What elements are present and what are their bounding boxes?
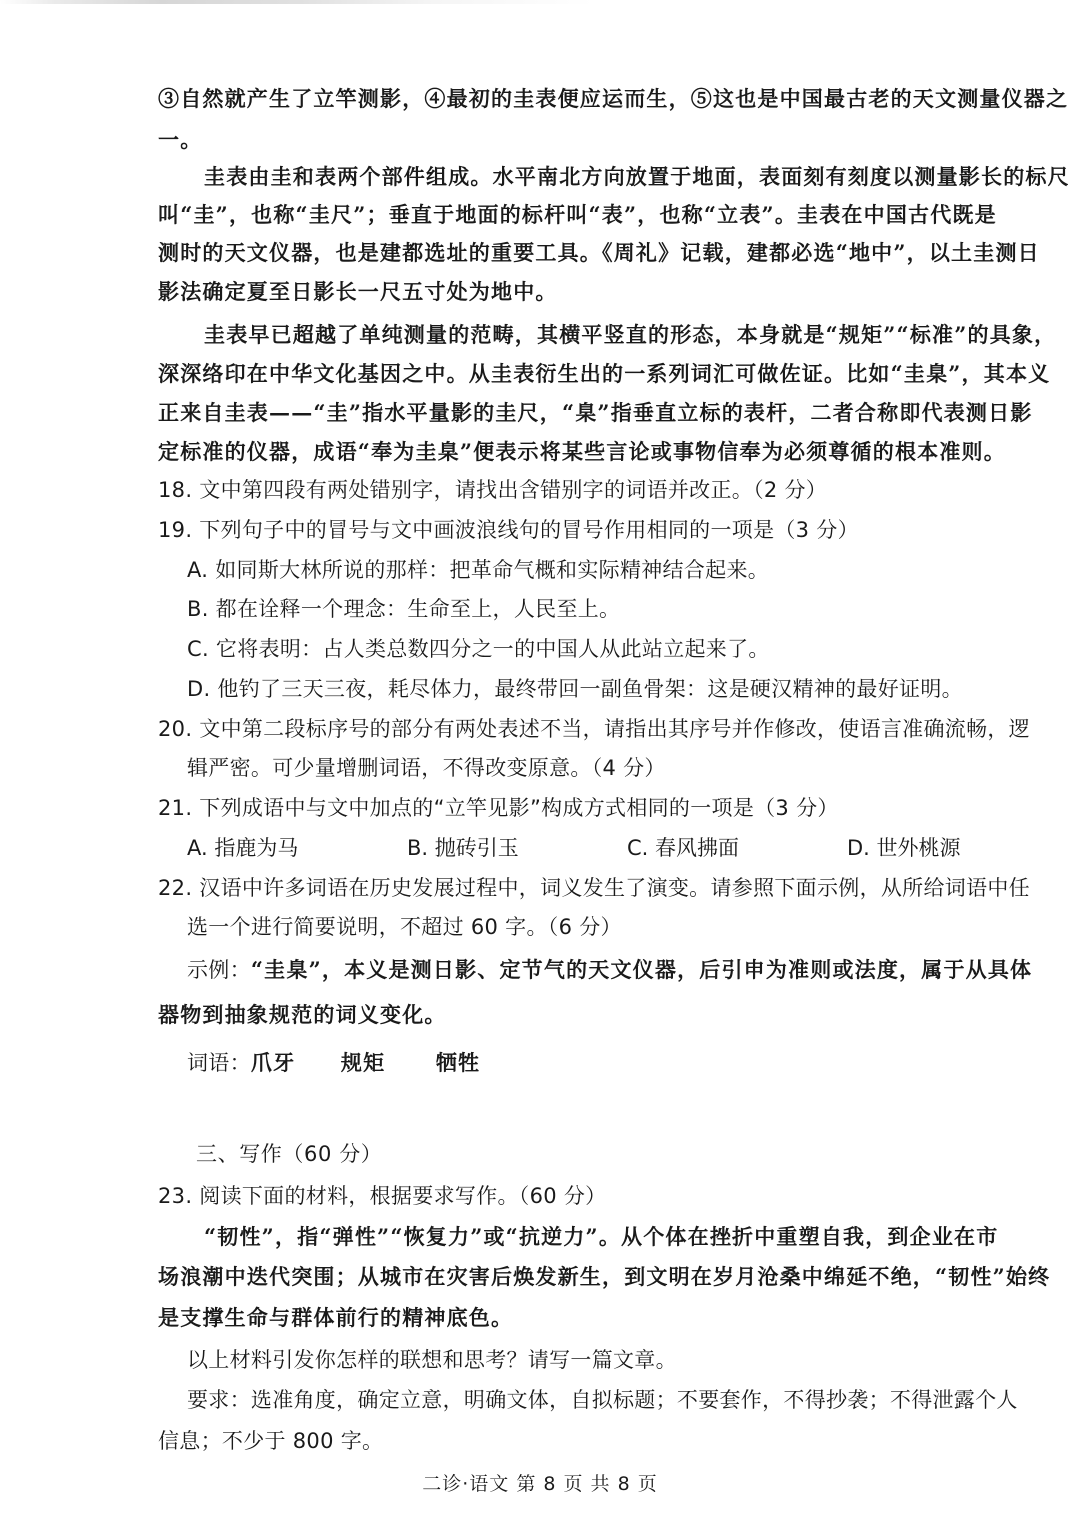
words-label: 词语：	[187, 1051, 251, 1075]
question-22-example: 示例：“圭臬”，本义是测日影、定节气的天文仪器，后引申为准则或法度，属于从具体	[187, 955, 1037, 985]
material-line: “韧性”，指“弹性”“恢复力”或“抗逆力”。从个体在挫折中重塑自我，到企业在市	[204, 1222, 1054, 1252]
material-line: 场浪潮中迭代突围；从城市在灾害后焕发新生，到文明在岁月沧桑中绵延不绝，“韧性”始…	[158, 1262, 1008, 1292]
material-line: 是支撑生命与群体前行的精神底色。	[158, 1303, 1008, 1333]
question-19-option-c: C. 它将表明：占人类总数四分之一的中国人从此站立起来了。	[187, 634, 1037, 664]
writing-requirements: 要求：选准角度，确定立意，明确文体，自拟标题；不要套作，不得抄袭；不得泄露个人	[187, 1385, 1037, 1415]
passage-line: 叫“圭”，也称“圭尺”；垂直于地面的标杆叫“表”，也称“立表”。圭表在中国古代既…	[158, 200, 1008, 230]
section-title-writing: 三、写作（60 分）	[196, 1139, 1046, 1169]
passage-line: 一。	[158, 125, 1008, 155]
question-18: 18. 文中第四段有两处错别字，请找出含错别字的词语并改正。（2 分）	[158, 475, 1008, 505]
question-22-line: 22. 汉语中许多词语在历史发展过程中，词义发生了演变。请参照下面示例，从所给词…	[158, 873, 1008, 903]
question-20-line: 20. 文中第二段标序号的部分有两处表述不当，请指出其序号并作修改，使语言准确流…	[158, 714, 1008, 744]
question-21-option-c: C. 春风拂面	[627, 833, 739, 863]
passage-line: 圭表早已超越了单纯测量的范畴，其横平竖直的形态，本身就是“规矩”“标准”的具象，	[204, 320, 1054, 350]
question-21-stem: 21. 下列成语中与文中加点的“立竿见影”构成方式相同的一项是（3 分）	[158, 793, 1008, 823]
page-footer: 二诊·语文 第 8 页 共 8 页	[0, 1471, 1080, 1497]
example-text: “圭臬”，本义是测日影、定节气的天文仪器，后引申为准则或法度，属于从具体	[251, 957, 1032, 982]
writing-prompt: 以上材料引发你怎样的联想和思考？请写一篇文章。	[187, 1345, 1037, 1375]
word-item: 牺牲	[436, 1050, 480, 1075]
question-19-option-b: B. 都在诠释一个理念：生命至上，人民至上。	[187, 594, 1037, 624]
question-21-option-a: A. 指鹿为马	[187, 833, 298, 863]
passage-line: 影法确定夏至日影长一尺五寸处为地中。	[158, 277, 1008, 307]
passage-line: 正来自圭表——“圭”指水平量影的圭尺，“臬”指垂直立标的表杆，二者合称即代表测日…	[158, 398, 1008, 428]
question-19-option-d: D. 他钓了三天三夜，耗尽体力，最终带回一副鱼骨架：这是硬汉精神的最好证明。	[187, 674, 1037, 704]
question-22-line: 选一个进行简要说明，不超过 60 字。（6 分）	[187, 912, 1037, 942]
word-item: 规矩	[341, 1048, 436, 1078]
example-text-cont: 器物到抽象规范的词义变化。	[158, 1000, 1008, 1030]
question-23-stem: 23. 阅读下面的材料，根据要求写作。（60 分）	[158, 1181, 1008, 1211]
question-21-option-d: D. 世外桃源	[847, 833, 961, 863]
question-19-stem: 19. 下列句子中的冒号与文中画波浪线句的冒号作用相同的一项是（3 分）	[158, 515, 1008, 545]
word-item: 爪牙	[251, 1048, 341, 1078]
passage-line: ③自然就产生了立竿测影，④最初的圭表便应运而生，⑤这也是中国最古老的天文测量仪器…	[158, 84, 1008, 114]
question-22-words: 词语：爪牙规矩牺牲	[187, 1048, 1037, 1078]
writing-requirements-cont: 信息；不少于 800 字。	[158, 1426, 1008, 1456]
passage-line: 圭表由圭和表两个部件组成。水平南北方向放置于地面，表面刻有刻度以测量影长的标尺	[204, 162, 1054, 192]
passage-line: 深深络印在中华文化基因之中。从圭表衍生出的一系列词汇可做佐证。比如“圭臬”，其本…	[158, 359, 1008, 389]
question-21-options: A. 指鹿为马 B. 抛砖引玉 C. 春风拂面 D. 世外桃源	[187, 833, 1007, 863]
question-20-line: 辑严密。可少量增删词语，不得改变原意。（4 分）	[187, 753, 1037, 783]
passage-line: 定标准的仪器，成语“奉为圭臬”便表示将某些言论或事物信奉为必须尊循的根本准则。	[158, 437, 1008, 467]
question-19-option-a: A. 如同斯大林所说的那样：把革命气概和实际精神结合起来。	[187, 555, 1037, 585]
passage-line: 测时的天文仪器，也是建都选址的重要工具。《周礼》记载，建都必选“地中”，以土圭测…	[158, 238, 1008, 268]
question-21-option-b: B. 抛砖引玉	[407, 833, 519, 863]
scan-edge-artifact	[0, 0, 1080, 4]
example-label: 示例：	[187, 958, 251, 982]
